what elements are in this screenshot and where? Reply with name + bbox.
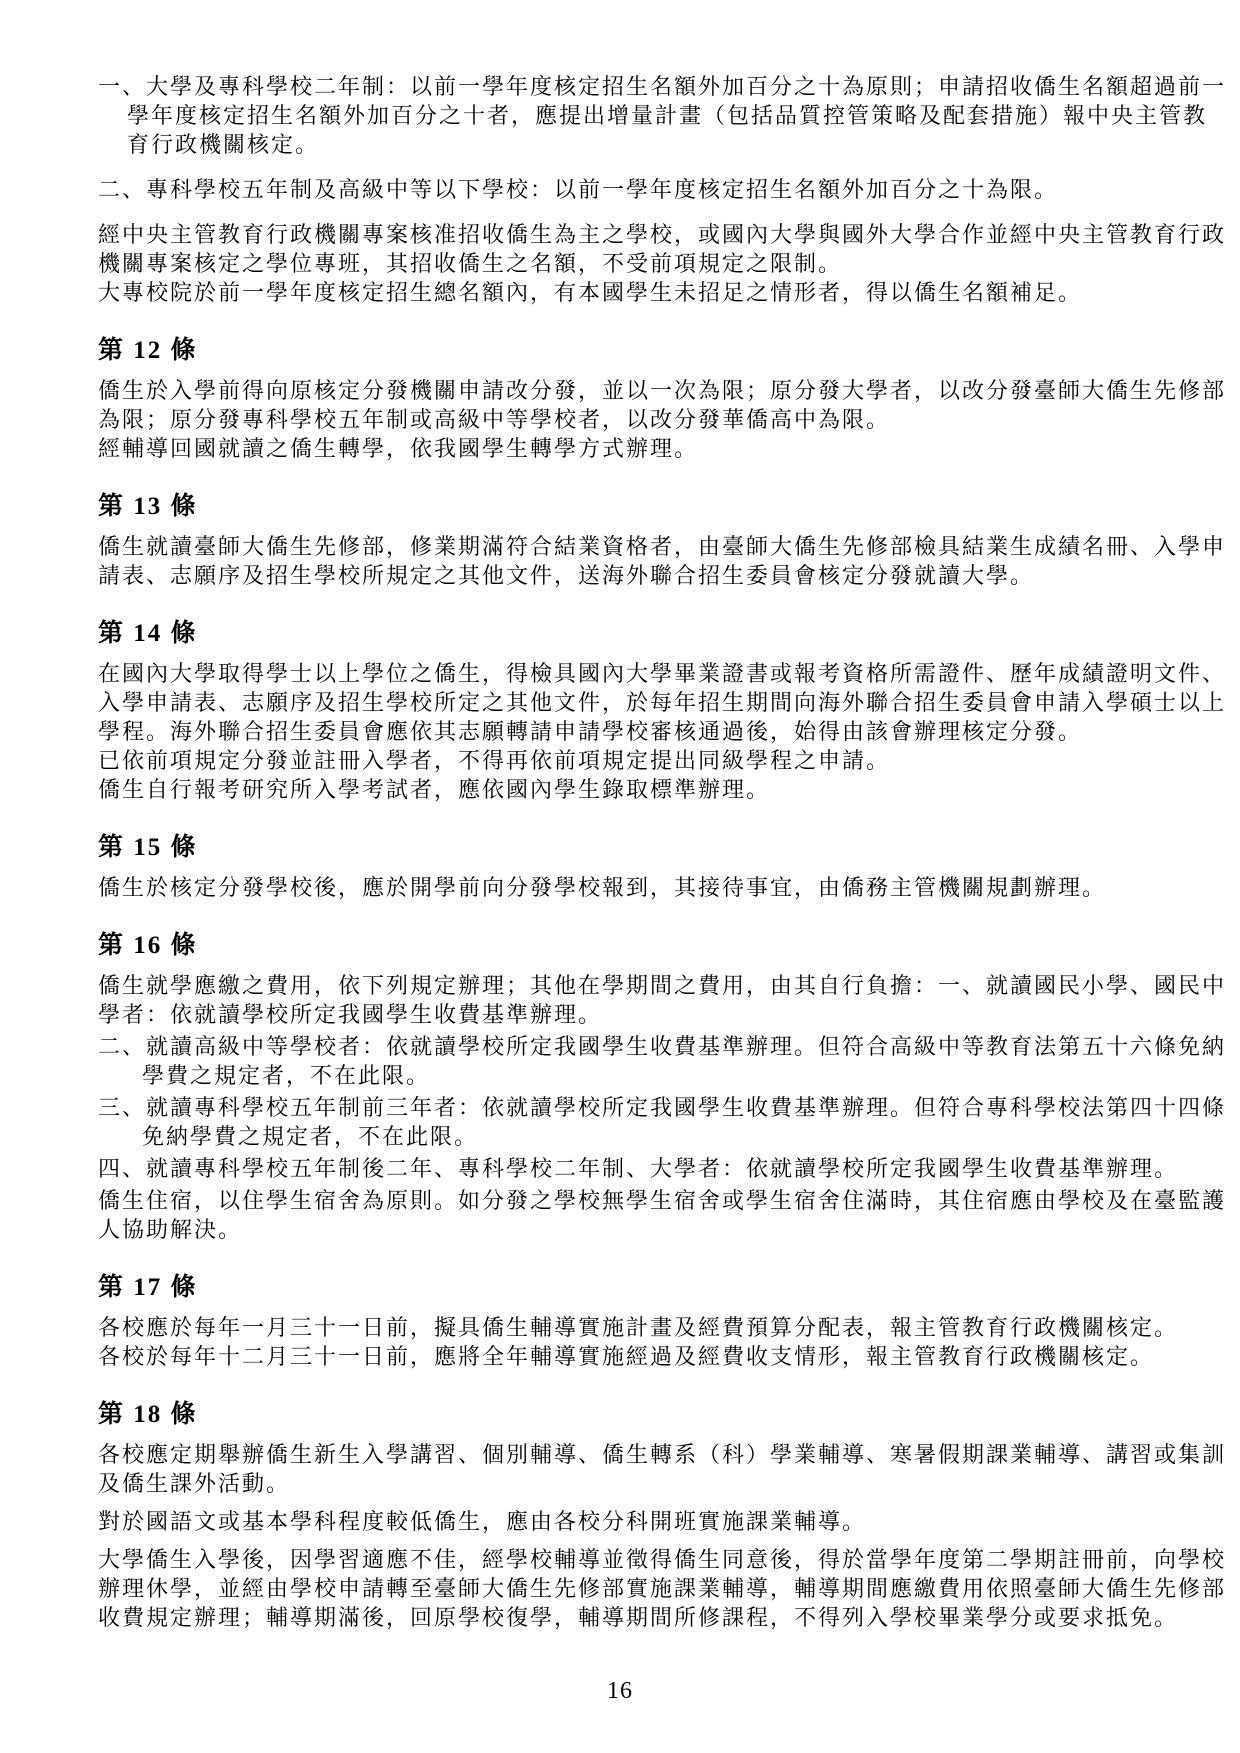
- paragraph: 大學僑生入學後，因學習適應不佳，經學校輔導並徵得僑生同意後，得於當學年度第二學期…: [98, 1545, 1154, 1632]
- paragraph: 各校於每年十二月三十一日前，應將全年輔導實施經過及經費收支情形，報主管教育行政機…: [98, 1342, 1154, 1371]
- text-line: 二、就讀高級中等學校者：依就讀學校所定我國學生收費基準辦理。但符合高級中等教育法…: [98, 1032, 1154, 1061]
- paragraph: 僑生自行報考研究所入學考試者，應依國內學生錄取標準辦理。: [98, 775, 1154, 804]
- text-line: 請表、志願序及招生學校所規定之其他文件，送海外聯合招生委員會核定分發就讀大學。: [98, 561, 1154, 590]
- text-line: 僑生就讀臺師大僑生先修部，修業期滿符合結業資格者，由臺師大僑生先修部檢具結業生成…: [98, 532, 1154, 561]
- paragraph: 僑生於核定分發學校後，應於開學前向分發學校報到，其接待事宜，由僑務主管機關規劃辦…: [98, 873, 1154, 902]
- paragraph: 對於國語文或基本學科程度較低僑生，應由各校分科開班實施課業輔導。: [98, 1507, 1154, 1536]
- text-line: 三、就讀專科學校五年制前三年者：依就讀學校所定我國學生收費基準辦理。但符合專科學…: [98, 1093, 1154, 1122]
- text-line: 各校於每年十二月三十一日前，應將全年輔導實施經過及經費收支情形，報主管教育行政機…: [98, 1342, 1154, 1371]
- paragraph: 在國內大學取得學士以上學位之僑生，得檢具國內大學畢業證書或報考資格所需證件、歷年…: [98, 659, 1154, 746]
- paragraph: 各校應於每年一月三十一日前，擬具僑生輔導實施計畫及經費預算分配表，報主管教育行政…: [98, 1313, 1154, 1342]
- text-line: 辦理休學，並經由學校申請轉至臺師大僑生先修部實施課業輔導，輔導期間應繳費用依照臺…: [98, 1574, 1154, 1603]
- article-heading: 第 14 條: [98, 617, 1154, 651]
- paragraph: 經中央主管教育行政機關專案核准招收僑生為主之學校，或國內大學與國外大學合作並經中…: [98, 220, 1154, 278]
- paragraph: 僑生住宿，以住學生宿舍為原則。如分發之學校無學生宿舍或學生宿舍住滿時，其住宿應由…: [98, 1186, 1154, 1244]
- article-heading: 第 15 條: [98, 831, 1154, 865]
- list-item: 二、就讀高級中等學校者：依就讀學校所定我國學生收費基準辦理。但符合高級中等教育法…: [98, 1032, 1154, 1090]
- paragraph: 僑生就學應繳之費用，依下列規定辦理；其他在學期間之費用，由其自行負擔：一、就讀國…: [98, 971, 1154, 1029]
- paragraph: 大專校院於前一學年度核定招生總名額內，有本國學生未招足之情形者，得以僑生名額補足…: [98, 278, 1154, 307]
- text-line: 四、就讀專科學校五年制後二年、專科學校二年制、大學者：依就讀學校所定我國學生收費…: [98, 1154, 1154, 1183]
- text-line: 僑生住宿，以住學生宿舍為原則。如分發之學校無學生宿舍或學生宿舍住滿時，其住宿應由…: [98, 1186, 1154, 1215]
- text-line: 已依前項規定分發並註冊入學者，不得再依前項規定提出同級學程之申請。: [98, 746, 1154, 775]
- paragraph: 各校應定期舉辦僑生新生入學講習、個別輔導、僑生轉系（科）學業輔導、寒暑假期課業輔…: [98, 1440, 1154, 1498]
- text-line: 人協助解決。: [98, 1215, 1154, 1244]
- list-item: 二、專科學校五年制及高級中等以下學校：以前一學年度核定招生名額外加百分之十為限。: [98, 175, 1154, 204]
- text-line: 大專校院於前一學年度核定招生總名額內，有本國學生未招足之情形者，得以僑生名額補足…: [98, 278, 1154, 307]
- text-line: 學年度核定招生名額外加百分之十者，應提出增量計畫（包括品質控管策略及配套措施）報…: [127, 101, 1154, 130]
- text-line: 收費規定辦理；輔導期滿後，回原學校復學，輔導期間所修課程，不得列入學校畢業學分或…: [98, 1603, 1154, 1632]
- text-line: 經中央主管教育行政機關專案核准招收僑生為主之學校，或國內大學與國外大學合作並經中…: [98, 220, 1154, 249]
- text-line: 學者：依就讀學校所定我國學生收費基準辦理。: [98, 1000, 1154, 1029]
- list-item: 四、就讀專科學校五年制後二年、專科學校二年制、大學者：依就讀學校所定我國學生收費…: [98, 1154, 1154, 1183]
- text-line: 各校應於每年一月三十一日前，擬具僑生輔導實施計畫及經費預算分配表，報主管教育行政…: [98, 1313, 1154, 1342]
- article-heading: 第 16 條: [98, 929, 1154, 963]
- article-heading: 第 17 條: [98, 1271, 1154, 1305]
- list-item: 一、大學及專科學校二年制：以前一學年度核定招生名額外加百分之十為原則；申請招收僑…: [98, 72, 1154, 159]
- text-line: 及僑生課外活動。: [98, 1469, 1154, 1498]
- text-line: 機關專案核定之學位專班，其招收僑生之名額，不受前項規定之限制。: [98, 249, 1154, 278]
- article-heading: 第 13 條: [98, 490, 1154, 524]
- list-item: 三、就讀專科學校五年制前三年者：依就讀學校所定我國學生收費基準辦理。但符合專科學…: [98, 1093, 1154, 1151]
- text-line: 各校應定期舉辦僑生新生入學講習、個別輔導、僑生轉系（科）學業輔導、寒暑假期課業輔…: [98, 1440, 1154, 1469]
- article-heading: 第 12 條: [98, 334, 1154, 368]
- paragraph: 僑生於入學前得向原核定分發機關申請改分發，並以一次為限；原分發大學者，以改分發臺…: [98, 376, 1154, 434]
- text-line: 免納學費之規定者，不在此限。: [142, 1122, 1154, 1151]
- page-number: 16: [0, 1678, 1240, 1705]
- paragraph: 經輔導回國就讀之僑生轉學，依我國學生轉學方式辦理。: [98, 434, 1154, 463]
- text-line: 育行政機關核定。: [127, 130, 1154, 159]
- paragraph: 僑生就讀臺師大僑生先修部，修業期滿符合結業資格者，由臺師大僑生先修部檢具結業生成…: [98, 532, 1154, 590]
- article-heading: 第 18 條: [98, 1398, 1154, 1432]
- text-line: 一、大學及專科學校二年制：以前一學年度核定招生名額外加百分之十為原則；申請招收僑…: [98, 72, 1154, 101]
- text-line: 在國內大學取得學士以上學位之僑生，得檢具國內大學畢業證書或報考資格所需證件、歷年…: [98, 659, 1154, 688]
- text-line: 對於國語文或基本學科程度較低僑生，應由各校分科開班實施課業輔導。: [98, 1507, 1154, 1536]
- text-line: 學程。海外聯合招生委員會應依其志願轉請申請學校審核通過後，始得由該會辦理核定分發…: [98, 717, 1154, 746]
- text-line: 僑生就學應繳之費用，依下列規定辦理；其他在學期間之費用，由其自行負擔：一、就讀國…: [98, 971, 1154, 1000]
- text-line: 僑生於入學前得向原核定分發機關申請改分發，並以一次為限；原分發大學者，以改分發臺…: [98, 376, 1154, 405]
- document-body: 一、大學及專科學校二年制：以前一學年度核定招生名額外加百分之十為原則；申請招收僑…: [98, 72, 1154, 1632]
- text-line: 僑生自行報考研究所入學考試者，應依國內學生錄取標準辦理。: [98, 775, 1154, 804]
- text-line: 僑生於核定分發學校後，應於開學前向分發學校報到，其接待事宜，由僑務主管機關規劃辦…: [98, 873, 1154, 902]
- text-line: 二、專科學校五年制及高級中等以下學校：以前一學年度核定招生名額外加百分之十為限。: [98, 175, 1154, 204]
- text-line: 學費之規定者，不在此限。: [142, 1061, 1154, 1090]
- text-line: 入學申請表、志願序及招生學校所定之其他文件，於每年招生期間向海外聯合招生委員會申…: [98, 688, 1154, 717]
- document-page: 一、大學及專科學校二年制：以前一學年度核定招生名額外加百分之十為原則；申請招收僑…: [0, 0, 1240, 1753]
- paragraph: 已依前項規定分發並註冊入學者，不得再依前項規定提出同級學程之申請。: [98, 746, 1154, 775]
- text-line: 經輔導回國就讀之僑生轉學，依我國學生轉學方式辦理。: [98, 434, 1154, 463]
- text-line: 大學僑生入學後，因學習適應不佳，經學校輔導並徵得僑生同意後，得於當學年度第二學期…: [98, 1545, 1154, 1574]
- text-line: 為限；原分發專科學校五年制或高級中等學校者，以改分發華僑高中為限。: [98, 405, 1154, 434]
